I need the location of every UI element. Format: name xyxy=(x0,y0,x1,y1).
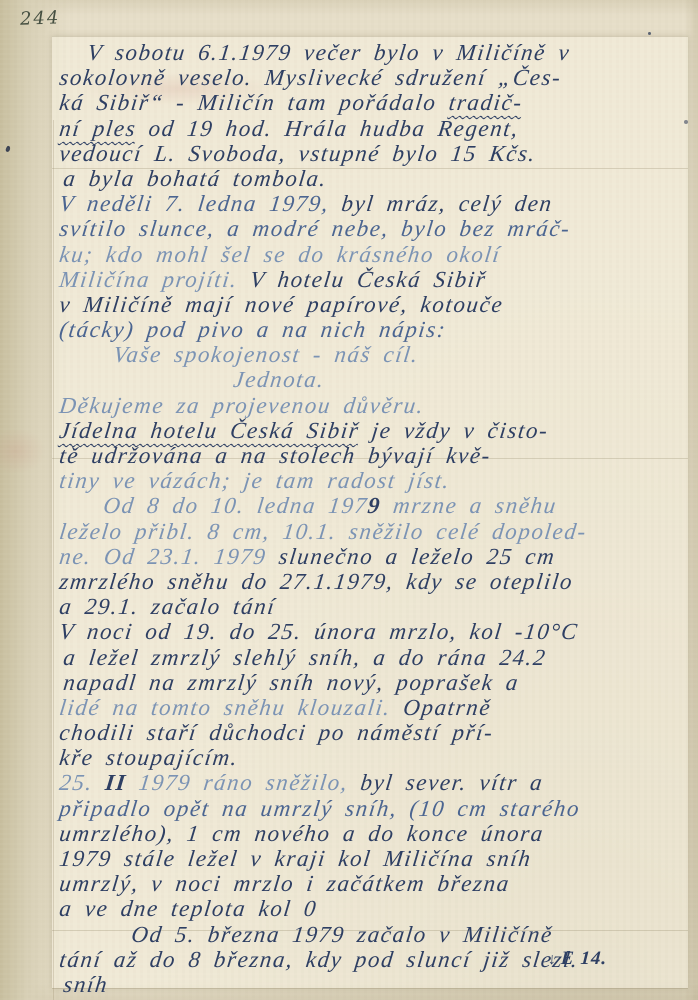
handwritten-line: v Miličíně mají nové papírové, kotouče xyxy=(58,292,691,317)
handwritten-line: napadl na zmrzlý sníh nový, poprašek a xyxy=(58,670,691,695)
handwritten-line: tiny ve vázách; je tam radost jíst. xyxy=(58,468,691,493)
text-segment: V sobotu 6.1.1979 večer bylo v Miličíně … xyxy=(86,40,572,65)
handwritten-line: V sobotu 6.1.1979 večer bylo v Miličíně … xyxy=(58,40,691,65)
handwritten-line: svítilo slunce, a modré nebe, bylo bez m… xyxy=(58,216,691,241)
text-segment: Opatrně xyxy=(402,695,493,720)
text-segment: Miličína projíti. xyxy=(58,267,252,292)
text-segment: Vaše spokojenost - náš cíl. xyxy=(112,342,420,367)
footnote: ↓E 14. xyxy=(547,948,608,970)
text-segment: byl sever. vítr a xyxy=(359,770,545,795)
handwritten-line: sníh xyxy=(58,972,691,997)
text-segment: 25. xyxy=(58,770,107,795)
down-arrow-icon: ↓ xyxy=(547,951,557,968)
text-segment: Jednota. xyxy=(232,367,326,392)
underlined-phrase: Jídelna hotelu Česká Sibiř xyxy=(58,418,361,443)
handwritten-line: kře stoupajícím. xyxy=(58,745,691,770)
handwritten-line: V noci od 19. do 25. února mrzlo, kol -1… xyxy=(58,619,691,644)
text-segment: vedoucí L. Svoboda, vstupné bylo 15 Kčs. xyxy=(58,141,538,166)
handwritten-line: Jednota. xyxy=(58,367,691,392)
text-segment: Od 8 do 10. ledna 197 xyxy=(102,493,369,518)
handwritten-line: tě udržována a na stolech bývají kvě- xyxy=(58,443,691,468)
handwritten-line: umrzlý, v noci mrzlo i začátkem března xyxy=(58,871,691,896)
text-segment: a ležel zmrzlý slehlý sníh, a do rána 24… xyxy=(62,645,548,670)
text-segment: je vždy v čisto- xyxy=(358,418,550,443)
handwritten-line: ní ples od 19 hod. Hrála hudba Regent, xyxy=(58,116,691,141)
text-segment: slunečno a leželo 25 cm xyxy=(277,544,557,569)
text-segment: v Miličíně mají nové papírové, kotouče xyxy=(58,292,505,317)
text-segment: zmrzlého sněhu do 27.1.1979, kdy se otep… xyxy=(58,569,575,594)
text-segment: 1979 ráno sněžilo, xyxy=(125,770,362,795)
handwritten-line: Miličína projíti. V hotelu Česká Sibiř xyxy=(58,267,691,292)
handwritten-line: ká Sibiř“ - Miličín tam pořádalo tradič- xyxy=(58,90,691,115)
handwritten-line: a byla bohatá tombola. xyxy=(58,166,691,191)
text-segment: tání až do 8 března, kdy pod sluncí již … xyxy=(58,947,580,972)
footnote-reference: E 14. xyxy=(560,948,608,969)
handwritten-line: Děkujeme za projevenou důvěru. xyxy=(58,393,691,418)
text-segment: umrzlého), 1 cm nového a do konce února xyxy=(58,821,546,846)
text-segment: V noci od 19. do 25. února mrzlo, kol -1… xyxy=(58,619,580,644)
handwritten-line: zmrzlého sněhu do 27.1.1979, kdy se otep… xyxy=(58,569,691,594)
underlined-phrase: ní ples xyxy=(58,116,138,141)
text-segment: tě udržována a na stolech bývají kvě- xyxy=(58,443,493,468)
text-segment: V hotelu Česká Sibiř xyxy=(249,267,488,292)
handwritten-line: (tácky) pod pivo a na nich nápis: xyxy=(58,317,691,342)
text-segment: ká Sibiř“ - Miličín tam pořádalo xyxy=(58,90,451,115)
text-segment: a 29.1. začalo tání xyxy=(58,594,277,619)
text-segment: Od 5. března 1979 začalo v Miličíně xyxy=(130,922,554,947)
paper-seam xyxy=(52,36,688,37)
handwritten-line: připadlo opět na umrzlý sníh, (10 cm sta… xyxy=(58,796,691,821)
text-segment: lidé na tomto sněhu klouzali. xyxy=(58,695,405,720)
text-segment: tiny ve vázách; je tam radost jíst. xyxy=(58,468,452,493)
handwritten-line: Od 5. března 1979 začalo v Miličíně xyxy=(58,922,691,947)
text-segment: mrzne a sněhu xyxy=(379,493,558,518)
text-segment: ku; kdo mohl šel se do krásného okolí xyxy=(58,242,502,267)
text-segment: a byla bohatá tombola. xyxy=(62,166,329,191)
scanned-chronicle-page: { "page": { "number": "244", "footnote_a… xyxy=(0,0,698,1000)
ink-speck xyxy=(648,32,651,35)
text-segment: 1979 stále ležel v kraji kol Miličína sn… xyxy=(58,846,533,871)
text-segment: a ve dne teplota kol 0 xyxy=(58,896,319,921)
handwritten-line: 25. II 1979 ráno sněžilo, byl sever. vít… xyxy=(58,770,691,795)
handwritten-line: sokolovně veselo. Myslivecké sdružení „Č… xyxy=(58,65,691,90)
handwritten-line: Od 8 do 10. ledna 1979 mrzne a sněhu xyxy=(58,493,691,518)
text-segment: svítilo slunce, a modré nebe, bylo bez m… xyxy=(58,216,572,241)
handwriting-block: V sobotu 6.1.1979 večer bylo v Miličíně … xyxy=(58,40,688,997)
handwritten-line: ne. Od 23.1. 1979 slunečno a leželo 25 c… xyxy=(58,544,691,569)
handwritten-line: a ležel zmrzlý slehlý sníh, a do rána 24… xyxy=(58,645,691,670)
text-segment: umrzlý, v noci mrzlo i začátkem března xyxy=(58,871,512,896)
handwritten-line: V neděli 7. ledna 1979, byl mráz, celý d… xyxy=(58,191,691,216)
text-segment: sníh xyxy=(62,972,110,997)
text-segment: napadl na zmrzlý sníh nový, poprašek a xyxy=(62,670,521,695)
handwritten-line: a ve dne teplota kol 0 xyxy=(58,896,691,921)
text-segment: byl mráz, celý den xyxy=(340,191,554,216)
text-segment: kře stoupajícím. xyxy=(58,745,240,770)
handwritten-line: 1979 stále ležel v kraji kol Miličína sn… xyxy=(58,846,691,871)
paper-seam-vertical xyxy=(53,120,54,1000)
text-segment: V neděli 7. ledna 1979, xyxy=(58,191,343,216)
text-segment: připadlo opět na umrzlý sníh, (10 cm sta… xyxy=(58,796,582,821)
text-segment: chodili staří důchodci po náměstí pří- xyxy=(58,720,495,745)
handwritten-line: lidé na tomto sněhu klouzali. Opatrně xyxy=(58,695,691,720)
underlined-phrase: tradič- xyxy=(447,90,524,115)
handwritten-line: Jídelna hotelu Česká Sibiř je vždy v čis… xyxy=(58,418,691,443)
text-segment: Děkujeme za projevenou důvěru. xyxy=(58,393,426,418)
handwritten-line: chodili staří důchodci po náměstí pří- xyxy=(58,720,691,745)
text-segment: (tácky) pod pivo a na nich nápis: xyxy=(58,317,448,342)
handwritten-line: leželo přibl. 8 cm, 10.1. sněžilo celé d… xyxy=(58,519,691,544)
text-segment: leželo přibl. 8 cm, 10.1. sněžilo celé d… xyxy=(58,519,588,544)
handwritten-line: a 29.1. začalo tání xyxy=(58,594,691,619)
text-segment: od 19 hod. Hrála hudba Regent, xyxy=(135,116,520,141)
handwritten-line: Vaše spokojenost - náš cíl. xyxy=(58,342,691,367)
text-segment: ne. Od 23.1. 1979 xyxy=(58,544,280,569)
text-segment: sokolovně veselo. Myslivecké sdružení „Č… xyxy=(58,65,563,90)
page-number: 244 xyxy=(20,7,61,29)
handwritten-line: umrzlého), 1 cm nového a do konce února xyxy=(58,821,691,846)
handwritten-line: ku; kdo mohl šel se do krásného okolí xyxy=(58,242,691,267)
handwritten-line: vedoucí L. Svoboda, vstupné bylo 15 Kčs. xyxy=(58,141,691,166)
